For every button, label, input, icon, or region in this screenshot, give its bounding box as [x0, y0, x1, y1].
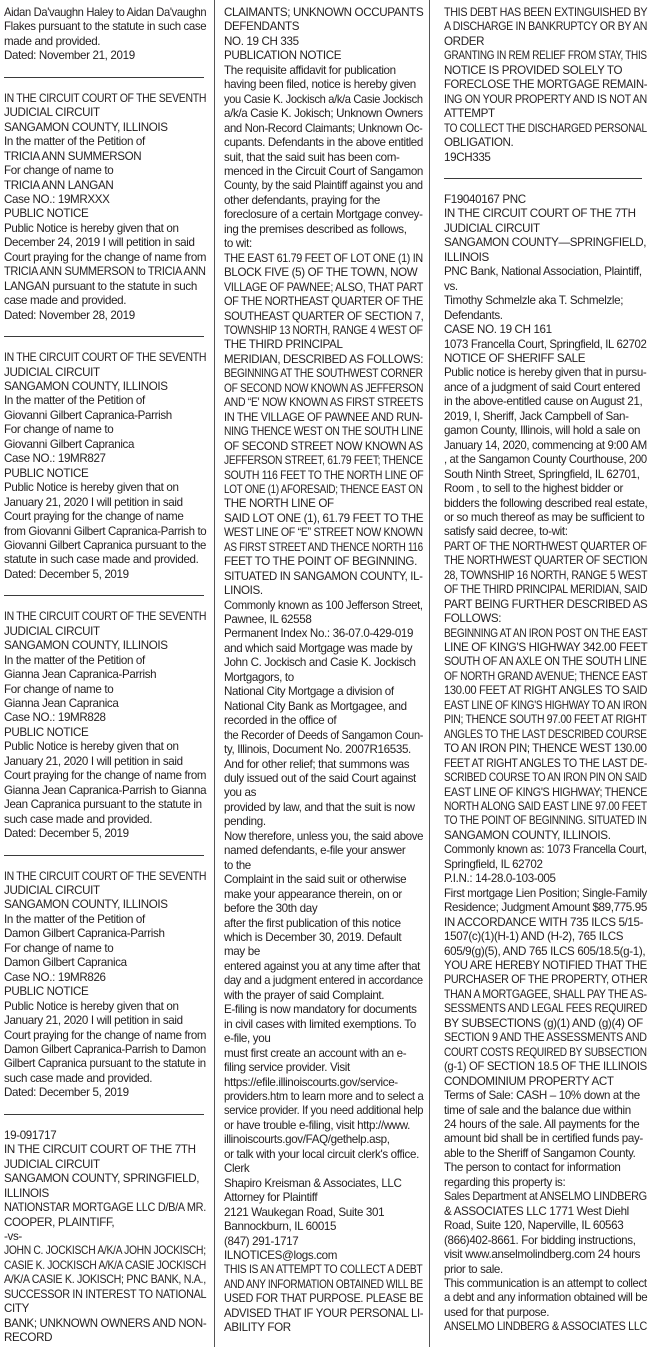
- notice-line: WEST LINE OF “E” STREET NOW KNOWN: [224, 526, 406, 540]
- notice-line: named defendants, e-file your answer: [224, 844, 423, 858]
- legal-notice: IN THE CIRCUIT COURT OF THE SEVENTHJUDIC…: [4, 351, 206, 582]
- notice-line: foreclosure of a certain Mortgage convey…: [224, 208, 422, 222]
- notice-line: duly issued out of the said Court agains…: [224, 772, 423, 786]
- notice-line: THIS DEBT HAS BEEN EXTINGUISHED BY: [444, 6, 632, 20]
- notice-line: made and provided.: [4, 35, 206, 49]
- legal-notice: F19040167 PNCIN THE CIRCUIT COURT OF THE…: [444, 193, 647, 1335]
- notice-line: OF NORTH GRAND AVENUE; THENCE EAST: [444, 670, 623, 684]
- notice-line: In the matter of the Petition of: [4, 654, 206, 668]
- notice-line: National City Mortgage a division of: [224, 685, 423, 699]
- notice-line: NO. 19 CH 335: [224, 35, 423, 49]
- notice-line: PUBLIC NOTICE: [4, 985, 206, 999]
- notice-line: TRICIA ANN SUMMERSON: [4, 150, 206, 164]
- notice-line: In the matter of the Petition of: [4, 394, 206, 408]
- notice-line: must first create an account with an e-: [224, 1047, 423, 1061]
- notice-line: Public notice is hereby given that in pu…: [444, 366, 647, 380]
- notice-line: LINOIS.: [224, 584, 423, 598]
- notice-line: JOHN C. JOCKISCH A/K/A JOHN JOCKISCH;: [4, 1244, 184, 1258]
- notice-line: PUBLICATION NOTICE: [224, 49, 423, 63]
- notice-line: South Ninth Street, Springfield, IL 6270…: [444, 468, 647, 482]
- notice-line: Springfield, IL 62702: [444, 858, 647, 872]
- notice-line: Clerk: [224, 1162, 423, 1176]
- notice-line: able to the Sheriff of Sangamon County.: [444, 1147, 647, 1161]
- notice-line: For change of name to: [4, 942, 206, 956]
- notice-line: ILLINOIS: [4, 1187, 206, 1201]
- notice-line: ATTEMPT: [444, 107, 647, 121]
- notice-line: Dated: November 21, 2019: [4, 49, 206, 63]
- notice-line: January 21, 2020 I will petition in said: [4, 1014, 206, 1028]
- notice-line: before the 30th day: [224, 902, 423, 916]
- notice-line: January 21, 2020 I will petition in said: [4, 755, 206, 769]
- notice-line: JUDICIAL CIRCUIT: [4, 1158, 206, 1172]
- notice-line: Public Notice is hereby given that on: [4, 740, 206, 754]
- notice-line: January 21, 2020 I will petition in said: [4, 496, 206, 510]
- notice-line: make your appearance therein, on or: [224, 888, 423, 902]
- notice-line: Court praying for the change of name: [4, 510, 206, 524]
- notice-line: JUDICIAL CIRCUIT: [4, 884, 206, 898]
- notice-line: THE NORTH LINE OF: [224, 497, 423, 511]
- notice-line: Pawnee, IL 62558: [224, 613, 423, 627]
- notice-line: or have trouble e-filing, visit http://w…: [224, 1119, 423, 1133]
- notice-line: CONDOMINIUM PROPERTY ACT: [444, 1075, 647, 1089]
- notice-line: FEET AT RIGHT ANGLES TO THE LAST DE-: [444, 757, 630, 771]
- notice-line: NING THENCE WEST ON THE SOUTH LINE: [224, 425, 401, 439]
- notice-line: LINE OF KING'S HIGHWAY 342.00 FEET: [444, 641, 647, 655]
- notice-line: such case made and provided.: [4, 1072, 206, 1086]
- notice-line: For change of name to: [4, 164, 206, 178]
- notice-line: satisfy said decree, to-wit:: [444, 525, 647, 539]
- notice-line: prior to sale.: [444, 1263, 647, 1277]
- notice-line: BEGINNING AT THE SOUTHWEST CORNER: [224, 367, 399, 381]
- notice-line: Public Notice is hereby given that on: [4, 1000, 206, 1014]
- notice-line: IN THE CIRCUIT COURT OF THE 7TH: [444, 207, 647, 221]
- notice-line: IN ACCORDANCE WITH 735 ILCS 5/15-: [444, 916, 647, 930]
- notice-line: such case made and provided.: [4, 813, 206, 827]
- notice-line: Gilbert Capranica pursuant to the statut…: [4, 1057, 202, 1071]
- legal-notice: IN THE CIRCUIT COURT OF THE SEVENTHJUDIC…: [4, 92, 206, 323]
- notice-line: Dated: December 5, 2019: [4, 568, 206, 582]
- notice-line: ORDER: [444, 35, 647, 49]
- notice-divider: [4, 1114, 204, 1115]
- notice-line: Mortgagors, to: [224, 671, 423, 685]
- notice-line: SANGAMON COUNTY, ILLINOIS: [4, 898, 206, 912]
- notice-line: THE EAST 61.79 FEET OF LOT ONE (1) IN: [224, 252, 409, 266]
- notice-line: COOPER, PLAINTIFF,: [4, 1216, 206, 1230]
- notice-line: to the: [224, 859, 423, 873]
- notice-line: This communication is an attempt to coll…: [444, 1277, 643, 1291]
- notice-line: JUDICIAL CIRCUIT: [4, 625, 206, 639]
- notice-line: December 24, 2019 I will petition in sai…: [4, 236, 206, 250]
- notice-divider: [444, 178, 642, 179]
- notice-line: and which said Mortgage was made by: [224, 642, 423, 656]
- legal-notice: Aidan Da'vaughn Haley to Aidan Da'vaughn…: [4, 6, 206, 64]
- notice-line: RECORD: [4, 1331, 206, 1345]
- notice-line: in the above-entitled cause on August 21…: [444, 395, 647, 409]
- notice-line: NORTH ALONG SAID EAST LINE 97.00 FEET: [444, 800, 624, 814]
- notice-line: NATIONSTAR MORTGAGE LLC D/B/A MR.: [4, 1201, 195, 1215]
- notice-line: Court praying for the change of name fro…: [4, 251, 204, 265]
- notice-line: Public Notice is hereby given that on: [4, 481, 206, 495]
- notice-line: from Giovanni Gilbert Capranica-Parrish …: [4, 525, 204, 539]
- notice-line: YOU ARE HEREBY NOTIFIED THAT THE: [444, 959, 643, 973]
- notice-line: JEFFERSON STREET, 61.79 FEET; THENCE: [224, 454, 400, 468]
- notice-line: THAN A MORTGAGEE, SHALL PAY THE AS-: [444, 988, 629, 1002]
- notice-line: -vs-: [4, 1230, 206, 1244]
- notice-line: LOT ONE (1) AFORESAID; THENCE EAST ON: [224, 483, 394, 497]
- notice-line: In the matter of the Petition of: [4, 913, 206, 927]
- notice-line: Defendants.: [444, 309, 647, 323]
- notice-line: recorded in the office of: [224, 714, 423, 728]
- notice-line: NOTICE IS PROVIDED SOLELY TO: [444, 64, 647, 78]
- notice-line: cupants. Defendants in the above entitle…: [224, 136, 423, 150]
- notice-line: Giovanni Gilbert Capranica: [4, 438, 206, 452]
- legal-notice: THIS DEBT HAS BEEN EXTINGUISHED BYA DISC…: [444, 6, 647, 165]
- notice-line: Commonly known as: 1073 Francella Court,: [444, 843, 638, 857]
- legal-notices-page: Aidan Da'vaughn Haley to Aidan Da'vaughn…: [0, 0, 649, 1347]
- notice-line: Flakes pursuant to the statute in such c…: [4, 20, 203, 34]
- notice-line: ANSELMO LINDBERG & ASSOCIATES LLC: [444, 1320, 632, 1334]
- notice-line: SANGAMON COUNTY, ILLINOIS: [4, 121, 206, 135]
- notice-line: PURCHASER OF THE PROPERTY, OTHER: [444, 973, 632, 987]
- notice-line: 130.00 FEET AT RIGHT ANGLES TO SAID: [444, 684, 640, 698]
- notice-line: 1507(c)(1)(H-1) AND (H-2), 765 ILCS: [444, 930, 647, 944]
- notice-line: SANGAMON COUNTY, ILLINOIS: [4, 380, 206, 394]
- notice-line: BEGINNING AT AN IRON POST ON THE EAST: [444, 627, 620, 641]
- notice-line: Permanent Index No.: 36-07.0-429-019: [224, 627, 423, 641]
- notice-line: Shapiro Kreisman & Associates, LLC: [224, 1177, 423, 1191]
- notice-line: IN THE CIRCUIT COURT OF THE SEVENTH: [4, 870, 187, 884]
- notice-line: E-filing is now mandatory for documents: [224, 1003, 423, 1017]
- notice-line: Public Notice is hereby given that on: [4, 222, 206, 236]
- notice-line: 605/9(g)(5), AND 765 ILCS 605/18.5(g-1),: [444, 945, 647, 959]
- notice-line: e-file, you: [224, 1032, 423, 1046]
- notice-line: TOWNSHIP 13 NORTH, RANGE 4 WEST OF: [224, 324, 401, 338]
- notice-line: OF THE NORTHEAST QUARTER OF THE: [224, 295, 412, 309]
- notice-line: And for other relief; that summons was: [224, 758, 423, 772]
- notice-line: used for that purpose.: [444, 1306, 647, 1320]
- notice-line: JUDICIAL CIRCUIT: [444, 222, 647, 236]
- notice-divider: [4, 77, 204, 78]
- notice-line: day and a judgment entered in accordance: [224, 974, 416, 988]
- notice-line: SUCCESSOR IN INTEREST TO NATIONAL: [4, 1288, 193, 1302]
- notice-line: FOLLOWS:: [444, 612, 647, 626]
- notice-line: Gianna Jean Capranica-Parrish: [4, 668, 206, 682]
- notice-line: you as: [224, 786, 423, 800]
- notice-line: TO COLLECT THE DISCHARGED PERSONAL: [444, 122, 620, 136]
- notice-line: OF SECOND NOW KNOWN AS JEFFERSON: [224, 382, 399, 396]
- notice-line: SITUATED IN SANGAMON COUNTY, IL-: [224, 570, 420, 584]
- notice-line: SECTION 9 AND THE ASSESSMENTS AND: [444, 1031, 631, 1045]
- legal-notice: 19-091717IN THE CIRCUIT COURT OF THE 7TH…: [4, 1129, 206, 1346]
- notice-line: gamon County, Illinois, will hold a sale…: [444, 424, 647, 438]
- notice-line: ADVISED THAT IF YOUR PERSONAL LI-: [224, 1307, 418, 1321]
- notice-line: First mortgage Lien Position; Single-Fam…: [444, 887, 644, 901]
- notice-line: Attorney for Plaintiff: [224, 1191, 423, 1205]
- notice-line: PNC Bank, National Association, Plaintif…: [444, 265, 647, 279]
- notice-line: Dated: November 28, 2019: [4, 309, 206, 323]
- notice-line: THIS IS AN ATTEMPT TO COLLECT A DEBT: [224, 1263, 402, 1277]
- notice-line: Gianna Jean Capranica: [4, 697, 206, 711]
- notice-line: filing service provider. Visit: [224, 1061, 423, 1075]
- notice-line: OF THE THIRD PRINCIPAL MERIDIAN, SAID: [444, 583, 628, 597]
- notice-line: IN THE CIRCUIT COURT OF THE SEVENTH: [4, 610, 187, 624]
- notice-line: you Casie K. Jockisch a/k/a Casie Jockis…: [224, 93, 414, 107]
- notice-line: John C. Jockisch and Casie K. Jockisch: [224, 656, 423, 670]
- notice-line: CLAIMANTS; UNKNOWN OCCUPANTS: [224, 6, 423, 20]
- notice-line: BY SUBSECTIONS (g)(1) AND (g)(4) OF: [444, 1017, 647, 1031]
- notice-line: visit www.anselmolindberg.com 24 hours: [444, 1248, 647, 1262]
- notice-line: January 14, 2020, commencing at 9:00 AM: [444, 439, 643, 453]
- notice-line: PUBLIC NOTICE: [4, 207, 206, 221]
- notice-line: Bannockburn, IL 60015: [224, 1220, 423, 1234]
- notice-line: DEFENDANTS: [224, 20, 423, 34]
- notice-line: AND ANY INFORMATION OBTAINED WILL BE: [224, 1278, 395, 1292]
- notice-line: Damon Gilbert Capranica: [4, 956, 206, 970]
- notice-line: ING ON YOUR PROPERTY AND IS NOT AN: [444, 93, 631, 107]
- notice-line: ance of a judgment of said Court entered: [444, 381, 647, 395]
- notice-line: 28, TOWNSHIP 16 NORTH, RANGE 5 WEST: [444, 569, 629, 583]
- notice-line: with the prayer of said Complaint.: [224, 989, 423, 1003]
- notice-line: PUBLIC NOTICE: [4, 467, 206, 481]
- notice-line: EAST LINE OF KING'S HIGHWAY; THENCE: [444, 786, 633, 800]
- notice-line: or so much thereof as may be sufficient …: [444, 511, 647, 525]
- notice-line: EAST LINE OF KING'S HIGHWAY TO AN IRON: [444, 699, 620, 713]
- notice-line: Now therefore, unless you, the said abov…: [224, 830, 420, 844]
- notice-line: 24 hours of the sale. All payments for t…: [444, 1118, 647, 1132]
- notice-line: JUDICIAL CIRCUIT: [4, 366, 206, 380]
- notice-line: GRANTING IN REM RELIEF FROM STAY, THIS: [444, 49, 619, 63]
- notice-line: F19040167 PNC: [444, 193, 647, 207]
- notice-line: time of sale and the balance due within: [444, 1104, 647, 1118]
- notice-line: ILNOTICES@logs.com: [224, 1249, 423, 1263]
- notice-line: ANGLES TO THE LAST DESCRIBED COURSE: [444, 728, 619, 742]
- notice-line: vs.: [444, 280, 647, 294]
- notice-line: BANK; UNKNOWN OWNERS AND NON-: [4, 1317, 204, 1331]
- notice-line: For change of name to: [4, 423, 206, 437]
- notice-line: THE THIRD PRINCIPAL: [224, 338, 423, 352]
- notice-line: or talk with your local circuit clerk's …: [224, 1148, 423, 1162]
- notice-line: County, by the said Plaintiff against yo…: [224, 179, 413, 193]
- notice-line: Timothy Schmelzle aka T. Schmelzle;: [444, 294, 647, 308]
- notice-line: Case NO.: 19MR827: [4, 452, 206, 466]
- notice-line: LANGAN pursuant to the statute in such: [4, 280, 206, 294]
- notice-line: ing the premises described as follows,: [224, 223, 423, 237]
- notice-line: which is December 30, 2019. Default: [224, 931, 423, 945]
- notice-line: in civil cases with limited exemptions. …: [224, 1018, 423, 1032]
- notice-line: Commonly known as 100 Jefferson Street,: [224, 599, 417, 613]
- notice-line: illinoiscourts.gov/FAQ/gethelp.asp,: [224, 1133, 423, 1147]
- notice-line: Case NO.: 19MR826: [4, 971, 206, 985]
- notice-line: , at the Sangamon County Courthouse, 200: [444, 453, 640, 467]
- notice-line: OF SECOND STREET NOW KNOWN AS: [224, 440, 417, 454]
- notice-line: Complaint in the said suit or otherwise: [224, 873, 423, 887]
- notice-line: IN THE CIRCUIT COURT OF THE 7TH: [4, 1143, 206, 1157]
- notice-line: (866)402-8661. For bidding instructions,: [444, 1234, 647, 1248]
- notice-line: (847) 291-1717: [224, 1235, 423, 1249]
- notice-line: SANGAMON COUNTY, ILLINOIS.: [444, 829, 647, 843]
- notice-line: OBLIGATION.: [444, 136, 647, 150]
- notice-line: Dated: December 5, 2019: [4, 1086, 206, 1100]
- notice-line: statute in such case made and provided.: [4, 553, 206, 567]
- notice-line: The requisite affidavit for publication: [224, 64, 423, 78]
- notice-line: Damon Gilbert Capranica-Parrish to Damon: [4, 1043, 197, 1057]
- notice-line: Room , to sell to the highest bidder or: [444, 482, 647, 496]
- notice-line: THE NORTHWEST QUARTER OF SECTION: [444, 554, 629, 568]
- notice-line: https://efile.illinoiscourts.gov/service…: [224, 1076, 423, 1090]
- notice-line: ABILITY FOR: [224, 1321, 423, 1335]
- notice-line: VILLAGE OF PAWNEE; ALSO, THAT PART: [224, 281, 410, 295]
- notice-line: may be: [224, 945, 423, 959]
- notice-line: A DISCHARGE IN BANKRUPTCY OR BY AN: [444, 20, 630, 34]
- notice-line: PUBLIC NOTICE: [4, 726, 206, 740]
- notice-line: regarding this property is:: [444, 1176, 647, 1190]
- notice-line: IN THE CIRCUIT COURT OF THE SEVENTH: [4, 351, 187, 365]
- notice-line: The person to contact for information: [444, 1161, 647, 1175]
- column-3: THIS DEBT HAS BEEN EXTINGUISHED BYA DISC…: [430, 0, 649, 1347]
- column-2: CLAIMANTS; UNKNOWN OCCUPANTSDEFENDANTSNO…: [215, 0, 430, 1347]
- notice-line: after the first publication of this noti…: [224, 917, 423, 931]
- notice-line: Terms of Sale: CASH – 10% down at the: [444, 1089, 647, 1103]
- notice-line: and Non-Record Claimants; Unknown Oc-: [224, 122, 418, 136]
- notice-line: ILLINOIS: [444, 251, 647, 265]
- notice-line: (g-1) OF SECTION 18.5 OF THE ILLINOIS: [444, 1060, 642, 1074]
- notice-line: National City Bank as Mortgagee, and: [224, 700, 423, 714]
- notice-line: entered against you at any time after th…: [224, 960, 423, 974]
- notice-line: PART OF THE NORTHWEST QUARTER OF: [444, 540, 631, 554]
- notice-line: PART BEING FURTHER DESCRIBED AS: [444, 598, 645, 612]
- notice-line: In the matter of the Petition of: [4, 135, 206, 149]
- notice-line: 1073 Francella Court, Springfield, IL 62…: [444, 338, 644, 352]
- notice-line: having been filed, notice is hereby give…: [224, 78, 423, 92]
- notice-line: TO THE POINT OF BEGINNING. SITUATED IN: [444, 814, 621, 828]
- notice-divider: [4, 595, 204, 596]
- notice-line: a/k/a Casie K. Jokisch; Unknown Owners: [224, 107, 423, 121]
- notice-line: Court praying for the change of name fro…: [4, 769, 204, 783]
- notice-line: Case NO.: 19MRXXX: [4, 193, 206, 207]
- notice-line: TO AN IRON PIN; THENCE WEST 130.00: [444, 742, 643, 756]
- column-1: Aidan Da'vaughn Haley to Aidan Da'vaughn…: [0, 0, 215, 1347]
- notice-line: A/K/A CASIE K. JOKISCH; PNC BANK, N.A.,: [4, 1273, 190, 1287]
- notice-line: Case NO.: 19MR828: [4, 711, 206, 725]
- notice-line: For change of name to: [4, 683, 206, 697]
- notice-line: NOTICE OF SHERIFF SALE: [444, 352, 647, 366]
- notice-line: PIN; THENCE SOUTH 97.00 FEET AT RIGHT: [444, 713, 627, 727]
- notice-line: SANGAMON COUNTY—SPRINGFIELD,: [444, 236, 647, 250]
- notice-line: SOUTH 116 FEET TO THE NORTH LINE OF: [224, 469, 404, 483]
- notice-line: a debt and any information obtained will…: [444, 1291, 645, 1305]
- notice-line: menced in the Circuit Court of Sangamon: [224, 165, 423, 179]
- notice-line: FORECLOSE THE MORTGAGE REMAIN-: [444, 78, 640, 92]
- notice-line: 19-091717: [4, 1129, 206, 1143]
- notice-line: amount bid shall be in certified funds p…: [444, 1132, 647, 1146]
- notice-line: Giovanni Gilbert Capranica-Parrish: [4, 409, 206, 423]
- notice-line: pending.: [224, 815, 423, 829]
- notice-line: case made and provided.: [4, 294, 206, 308]
- notice-line: Court praying for the change of name fro…: [4, 1029, 204, 1043]
- notice-line: SANGAMON COUNTY, ILLINOIS: [4, 639, 206, 653]
- notice-line: USED FOR THAT PURPOSE. PLEASE BE: [224, 1292, 412, 1306]
- notice-line: SOUTHEAST QUARTER OF SECTION 7,: [224, 310, 416, 324]
- notice-line: BLOCK FIVE (5) OF THE TOWN, NOW: [224, 266, 423, 280]
- notice-divider: [4, 855, 204, 856]
- notice-line: SANGAMON COUNTY, SPRINGFIELD,: [4, 1172, 206, 1186]
- notice-line: Damon Gilbert Capranica-Parrish: [4, 927, 206, 941]
- notice-line: 2019, I, Sheriff, Jack Campbell of San-: [444, 410, 647, 424]
- notice-line: ty, Illinois, Document No. 2007R16535.: [224, 743, 423, 757]
- notice-line: 2121 Waukegan Road, Suite 301: [224, 1206, 423, 1220]
- notice-line: IN THE VILLAGE OF PAWNEE AND RUN-: [224, 411, 413, 425]
- notice-line: to wit:: [224, 237, 423, 251]
- notice-line: MERIDIAN, DESCRIBED AS FOLLOWS:: [224, 353, 421, 367]
- notice-line: AND “E' NOW KNOWN AS FIRST STREETS: [224, 396, 404, 410]
- notice-line: Dated: December 5, 2019: [4, 827, 206, 841]
- notice-line: providers.htm to learn more and to selec…: [224, 1090, 417, 1104]
- notice-line: SAID LOT ONE (1), 61.79 FEET TO THE: [224, 512, 423, 526]
- notice-line: Gianna Jean Capranica-Parrish to Gianna: [4, 784, 206, 798]
- notice-line: SCRIBED COURSE TO AN IRON PIN ON SAID: [444, 771, 619, 785]
- notice-line: the Recorder of Deeds of Sangamon Coun-: [224, 729, 413, 743]
- notice-line: Sales Department at ANSELMO LINDBERG: [444, 1190, 636, 1204]
- notice-line: service provider. If you need additional…: [224, 1104, 415, 1118]
- notice-line: Giovanni Gilbert Capranica pursuant to t…: [4, 539, 203, 553]
- notice-line: P.I.N.: 14-28.0-103-005: [444, 872, 647, 886]
- notice-line: provided by law, and that the suit is no…: [224, 801, 423, 815]
- notice-line: CITY: [4, 1302, 206, 1316]
- legal-notice: CLAIMANTS; UNKNOWN OCCUPANTSDEFENDANTSNO…: [224, 6, 423, 1336]
- notice-line: Aidan Da'vaughn Haley to Aidan Da'vaughn: [4, 6, 198, 20]
- legal-notice: IN THE CIRCUIT COURT OF THE SEVENTHJUDIC…: [4, 870, 206, 1101]
- notice-line: TRICIA ANN LANGAN: [4, 179, 206, 193]
- notice-line: Jean Capranica pursuant to the statute i…: [4, 798, 206, 812]
- notice-line: Residence; Judgment Amount $89,775.95: [444, 901, 647, 915]
- notice-line: FEET TO THE POINT OF BEGINNING.: [224, 555, 423, 569]
- notice-line: JUDICIAL CIRCUIT: [4, 106, 206, 120]
- notice-line: other defendants, praying for the: [224, 194, 423, 208]
- notice-line: suit, that the said suit has been com-: [224, 151, 423, 165]
- notice-line: SESSMENTS AND LEGAL FEES REQUIRED: [444, 1002, 627, 1016]
- notice-line: IN THE CIRCUIT COURT OF THE SEVENTH: [4, 92, 187, 106]
- notice-line: TRICIA ANN SUMMERSON to TRICIA ANN: [4, 265, 195, 279]
- notice-line: 19CH335: [444, 151, 647, 165]
- notice-line: & ASSOCIATES LLC 1771 West Diehl: [444, 1205, 647, 1219]
- notice-line: COURT COSTS REQUIRED BY SUBSECTION: [444, 1046, 620, 1060]
- notice-divider: [4, 336, 204, 337]
- notice-line: bidders the following described real est…: [444, 497, 646, 511]
- notice-line: CASIE K. JOCKISCH A/K/A CASIE JOCKISCH: [4, 1259, 182, 1273]
- legal-notice: IN THE CIRCUIT COURT OF THE SEVENTHJUDIC…: [4, 610, 206, 841]
- notice-line: CASE NO. 19 CH 161: [444, 323, 647, 337]
- notice-line: AS FIRST STREET AND THENCE NORTH 116: [224, 541, 395, 555]
- notice-line: Road, Suite 120, Naperville, IL 60563: [444, 1219, 647, 1233]
- notice-line: SOUTH OF AN AXLE ON THE SOUTH LINE: [444, 655, 632, 669]
